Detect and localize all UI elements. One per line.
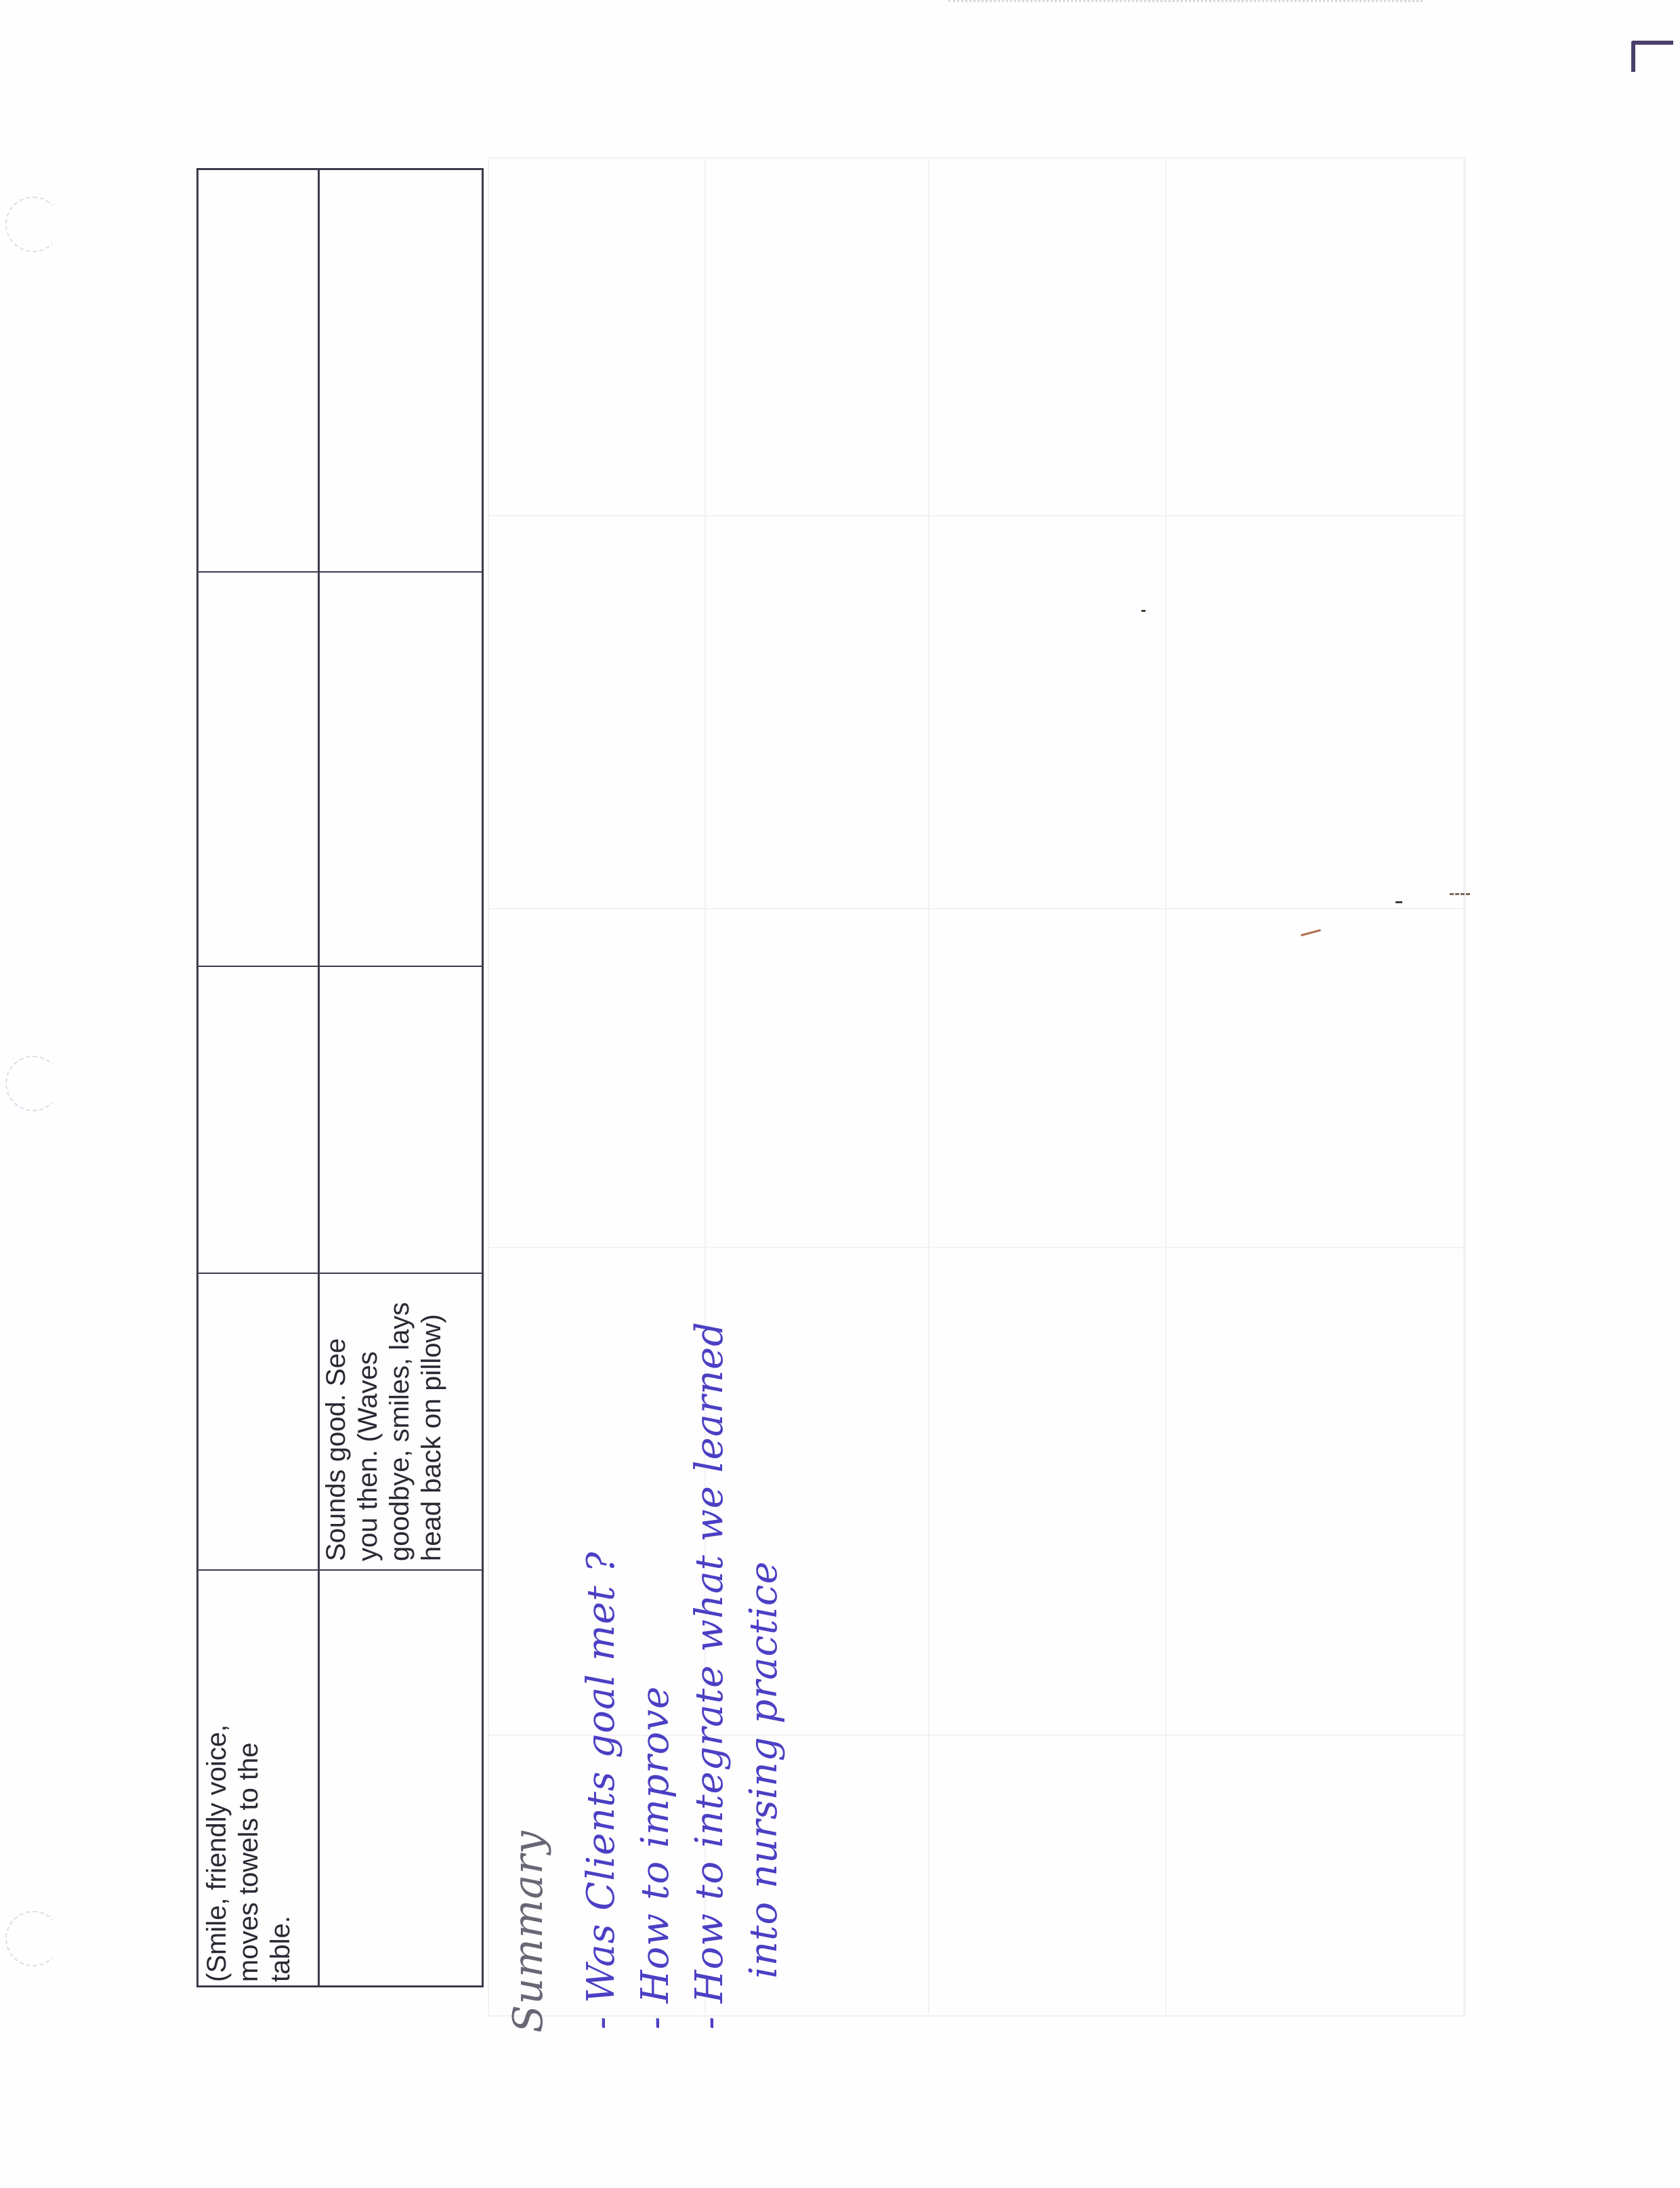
handwritten-note-item: - Was Clients goal met ?	[579, 1552, 623, 2030]
column-divider	[198, 1569, 482, 1571]
scanner-edge-artifact	[948, 0, 1423, 9]
column-divider	[198, 966, 482, 967]
row-divider	[318, 170, 320, 1985]
handwritten-note-item: - How to integrate what we learned	[688, 1321, 732, 2029]
hole-punch-icon	[5, 197, 61, 252]
handwritten-note-item: - How to improve	[633, 1686, 677, 2029]
table-cell-row1-col1: (Smile, friendly voice, moves towels to …	[201, 1630, 297, 1982]
table-cell-row2-col2: Sounds good. See you then. (Waves goodby…	[320, 1263, 448, 1561]
bleed-through-line	[488, 1247, 1463, 1248]
stray-mark	[1395, 901, 1402, 903]
bleed-through-line	[488, 908, 1463, 909]
corner-bracket-icon	[1631, 41, 1673, 72]
handwritten-heading: Summary	[505, 1830, 552, 2033]
dialogue-table: (Smile, friendly voice, moves towels to …	[196, 168, 484, 1987]
hole-punch-icon	[5, 1056, 61, 1111]
handwritten-note-item: into nursing practice	[742, 1561, 786, 1979]
hole-punch-icon	[5, 1911, 61, 1966]
scanned-page: (Smile, friendly voice, moves towels to …	[0, 0, 1680, 2188]
bleed-through-line	[1463, 157, 1465, 2014]
stray-mark	[1141, 610, 1146, 612]
column-divider	[198, 571, 482, 573]
stray-mark	[1450, 893, 1470, 895]
bleed-through-line	[488, 515, 1463, 516]
